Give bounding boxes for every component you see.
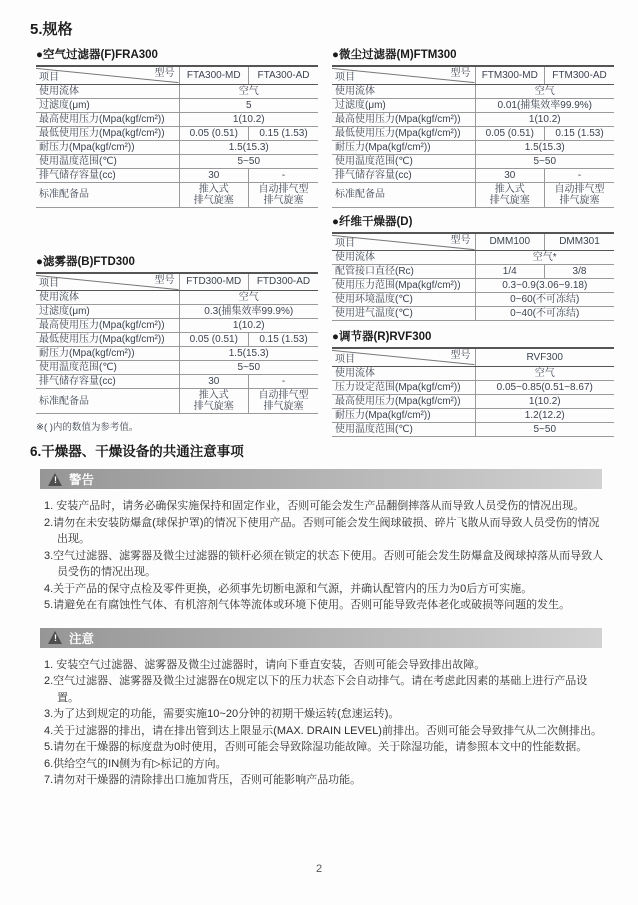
spec-label: 排气储存容量(cc) — [332, 168, 475, 182]
table-title: ●空气过滤器(F)FRA300 — [36, 46, 318, 62]
table-header-row: 项目 型号 RVF300 — [332, 348, 614, 366]
spec-value: 5~50 — [179, 361, 318, 375]
spec-label: 过滤度(μm) — [36, 305, 179, 319]
spec-label: 使用流体 — [36, 84, 179, 98]
table-row: 最高使用压力(Mpa(kgf/cm²))1(10.2) — [36, 112, 318, 126]
spec-label: 耐压力(Mpa(kgf/cm²)) — [332, 408, 475, 422]
table-title: ●纤维干燥器(D) — [332, 213, 614, 229]
spec-label: 使用温度范围(℃) — [332, 154, 475, 168]
column-header: FTD300-MD — [179, 273, 249, 291]
spec-label: 配管接口直径(Rc) — [332, 265, 475, 279]
spec-value: 推入式 排气旋塞 — [475, 182, 545, 207]
table-footnote: ※( )内的数值为参考值。 — [36, 419, 318, 433]
table-row: 使用温度范围(℃)5~50 — [36, 361, 318, 375]
spec-label: 压力设定范围(Mpa(kgf/cm²)) — [332, 380, 475, 394]
spec-label: 使用流体 — [332, 84, 475, 98]
spec-value: 推入式 排气旋塞 — [179, 182, 249, 207]
section-6: 6.干燥器、干燥设备的共通注意事项 ! 警告 1. 安装产品时，请务必确保实施保… — [30, 440, 612, 789]
spec-label: 使用流体 — [332, 366, 475, 380]
spec-value: 1(10.2) — [475, 394, 614, 408]
spec-label: 使用流体 — [36, 291, 179, 305]
table-title: ●微尘过滤器(M)FTM300 — [332, 46, 614, 62]
spec-label: 排气储存容量(cc) — [36, 168, 179, 182]
spec-label: 最低使用压力(Mpa(kgf/cm²)) — [332, 126, 475, 140]
spec-value: 自动排气型 排气旋塞 — [249, 389, 319, 414]
spec-value: 0.05 (0.51) — [179, 333, 249, 347]
spec-value: - — [249, 168, 319, 182]
table-block-dmm: ●纤维干燥器(D) 项目 型号 DMM100 DMM301 使用流体空气* 配管… — [332, 213, 614, 322]
spec-label: 最低使用压力(Mpa(kgf/cm²)) — [36, 126, 179, 140]
caution-item: 5.请勿在干燥器的标度盘为0时使用，否则可能会导致除湿功能故障。关于除湿功能，请… — [44, 739, 604, 756]
spec-value: - — [545, 168, 615, 182]
spec-value: 空气 — [179, 291, 318, 305]
table-row: 使用流体空气 — [332, 366, 614, 380]
table-row: 使用进气温度(℃)0~40(不可冻结) — [332, 307, 614, 321]
spec-table-rvf300: 项目 型号 RVF300 使用流体空气 压力设定范围(Mpa(kgf/cm²))… — [332, 347, 614, 437]
spec-value: 推入式 排气旋塞 — [179, 389, 249, 414]
spec-value: 30 — [179, 168, 249, 182]
table-row: 使用流体空气 — [332, 84, 614, 98]
spec-value: 0.3~0.9(3.06~9.18) — [475, 279, 614, 293]
table-row: 过滤度(μm)5 — [36, 98, 318, 112]
table-header-row: 项目 型号 FTA300-MD FTA300-AD — [36, 66, 318, 84]
spec-label: 使用环境温度(℃) — [332, 293, 475, 307]
spec-value: 1.5(15.3) — [475, 140, 614, 154]
spec-value: 1/4 — [475, 265, 545, 279]
warning-triangle-icon: ! — [48, 473, 63, 486]
table-row: 使用流体空气 — [36, 84, 318, 98]
document-page: 5.规格 ●空气过滤器(F)FRA300 项目 型号 FTA300-MD FTA… — [0, 0, 638, 905]
spec-label: 最高使用压力(Mpa(kgf/cm²)) — [36, 112, 179, 126]
caution-header-bar: ! 注意 — [40, 628, 602, 648]
table-row: 使用温度范围(℃)5~50 — [332, 422, 614, 436]
corner-item-label: 项目 — [335, 72, 355, 83]
corner-cell: 项目 型号 — [36, 66, 179, 84]
spec-value: 1(10.2) — [475, 112, 614, 126]
spec-label: 最高使用压力(Mpa(kgf/cm²)) — [332, 112, 475, 126]
spec-value: - — [249, 375, 319, 389]
spec-value: 1.5(15.3) — [179, 347, 318, 361]
table-row: 最低使用压力(Mpa(kgf/cm²))0.05 (0.51)0.15 (1.5… — [36, 333, 318, 347]
column-header: FTA300-AD — [249, 66, 319, 84]
warning-item: 5.请避免在有腐蚀性气体、有机溶剂气体等流体或环境下使用。否则可能导致壳体老化或… — [44, 597, 604, 614]
column-header: DMM301 — [545, 233, 615, 251]
page-title: 5.规格 — [30, 18, 73, 39]
table-row: 排气储存容量(cc)30- — [332, 168, 614, 182]
spec-value: 5 — [179, 98, 318, 112]
spec-value: 30 — [475, 168, 545, 182]
caution-triangle-icon: ! — [48, 631, 63, 644]
table-block-rvf300: ●调节器(R)RVF300 项目 型号 RVF300 使用流体空气 压力设定范围… — [332, 328, 614, 437]
spec-value: 3/8 — [545, 265, 615, 279]
warning-label: 警告 — [69, 470, 94, 488]
warning-list: 1. 安装产品时，请务必确保实施保持和固定作业，否则可能会发生产品翻倒摔落从而导… — [44, 498, 604, 614]
caution-item: 6.供给空气的IN侧为有▷标记的方向。 — [44, 756, 604, 773]
spec-value: 自动排气型 排气旋塞 — [249, 182, 319, 207]
column-header: FTM300-AD — [545, 66, 615, 84]
spec-label: 使用压力范围(Mpa(kgf/cm²)) — [332, 279, 475, 293]
table-row: 过滤度(μm)0.01(捕集效率99.9%) — [332, 98, 614, 112]
table-title: ●滤雾器(B)FTD300 — [36, 253, 318, 269]
column-header: RVF300 — [475, 348, 614, 366]
table-row: 耐压力(Mpa(kgf/cm²))1.5(15.3) — [332, 140, 614, 154]
spec-label: 使用温度范围(℃) — [36, 154, 179, 168]
table-header-row: 项目 型号 DMM100 DMM301 — [332, 233, 614, 251]
spec-value: 0.3(捕集效率99.9%) — [179, 305, 318, 319]
table-row: 使用温度范围(℃)5~50 — [332, 154, 614, 168]
table-row: 耐压力(Mpa(kgf/cm²))1.5(15.3) — [36, 140, 318, 154]
spec-value: 1(10.2) — [179, 319, 318, 333]
column-header: FTD300-AD — [249, 273, 319, 291]
table-row: 耐压力(Mpa(kgf/cm²))1.2(12.2) — [332, 408, 614, 422]
spec-label: 最高使用压力(Mpa(kgf/cm²)) — [332, 394, 475, 408]
spec-label: 使用温度范围(℃) — [332, 422, 475, 436]
table-row: 压力设定范围(Mpa(kgf/cm²))0.05~0.85(0.51~8.67) — [332, 380, 614, 394]
caution-item: 3.为了达到规定的功能，需要实施10~20分钟的初期干燥运转(怠速运转)。 — [44, 706, 604, 723]
corner-cell: 项目 型号 — [332, 348, 475, 366]
table-block-fra300: ●空气过滤器(F)FRA300 项目 型号 FTA300-MD FTA300-A… — [36, 46, 318, 208]
table-row: 最高使用压力(Mpa(kgf/cm²))1(10.2) — [332, 112, 614, 126]
spec-label: 标准配备品 — [332, 182, 475, 207]
spec-label: 使用流体 — [332, 251, 475, 265]
corner-model-label: 型号 — [451, 68, 471, 79]
spec-value: 空气 — [179, 84, 318, 98]
warning-item: 1. 安装产品时，请务必确保实施保持和固定作业，否则可能会发生产品翻倒摔落从而导… — [44, 498, 604, 515]
caution-item: 2.空气过滤器、滤雾器及微尘过滤器在0规定以下的压力状态下会自动排气。请在考虑此… — [44, 673, 604, 706]
spec-value: 1.2(12.2) — [475, 408, 614, 422]
spec-value: 0.15 (1.53) — [249, 126, 319, 140]
spec-label: 耐压力(Mpa(kgf/cm²)) — [36, 140, 179, 154]
corner-item-label: 项目 — [39, 278, 59, 289]
table-row: 最高使用压力(Mpa(kgf/cm²))1(10.2) — [36, 319, 318, 333]
corner-cell: 项目 型号 — [332, 233, 475, 251]
spec-label: 使用温度范围(℃) — [36, 361, 179, 375]
warning-header-bar: ! 警告 — [40, 469, 602, 489]
spec-value: 0.05 (0.51) — [475, 126, 545, 140]
spec-table-fra300: 项目 型号 FTA300-MD FTA300-AD 使用流体空气 过滤度(μm)… — [36, 65, 318, 208]
spec-value: 空气 — [475, 366, 614, 380]
table-row: 使用流体空气 — [36, 291, 318, 305]
table-header-row: 项目 型号 FTD300-MD FTD300-AD — [36, 273, 318, 291]
spec-label: 耐压力(Mpa(kgf/cm²)) — [332, 140, 475, 154]
spec-label: 标准配备品 — [36, 182, 179, 207]
spec-label: 最低使用压力(Mpa(kgf/cm²)) — [36, 333, 179, 347]
table-block-ftd300: ●滤雾器(B)FTD300 项目 型号 FTD300-MD FTD300-AD … — [36, 253, 318, 434]
spec-value: 5~50 — [179, 154, 318, 168]
spec-value: 0.01(捕集效率99.9%) — [475, 98, 614, 112]
warning-item: 4.关于产品的保守点检及零件更换，必须事先切断电源和气源，并确认配管内的压力为0… — [44, 581, 604, 598]
spec-label: 过滤度(μm) — [36, 98, 179, 112]
table-row: 耐压力(Mpa(kgf/cm²))1.5(15.3) — [36, 347, 318, 361]
caution-label: 注意 — [69, 629, 94, 647]
corner-item-label: 项目 — [39, 72, 59, 83]
table-block-ftm300: ●微尘过滤器(M)FTM300 项目 型号 FTM300-MD FTM300-A… — [332, 46, 614, 208]
spec-value: 空气* — [475, 251, 614, 265]
corner-cell: 项目 型号 — [332, 66, 475, 84]
table-row: 使用压力范围(Mpa(kgf/cm²))0.3~0.9(3.06~9.18) — [332, 279, 614, 293]
spec-value: 自动排气型 排气旋塞 — [545, 182, 615, 207]
spec-value: 0.15 (1.53) — [545, 126, 615, 140]
table-row: 过滤度(μm)0.3(捕集效率99.9%) — [36, 305, 318, 319]
spec-value: 0.15 (1.53) — [249, 333, 319, 347]
corner-model-label: 型号 — [451, 350, 471, 361]
left-column: ●空气过滤器(F)FRA300 项目 型号 FTA300-MD FTA300-A… — [36, 46, 318, 433]
table-row: 最低使用压力(Mpa(kgf/cm²))0.05 (0.51)0.15 (1.5… — [332, 126, 614, 140]
spec-table-ftm300: 项目 型号 FTM300-MD FTM300-AD 使用流体空气 过滤度(μm)… — [332, 65, 614, 208]
column-header: FTA300-MD — [179, 66, 249, 84]
corner-model-label: 型号 — [451, 235, 471, 246]
column-header: FTM300-MD — [475, 66, 545, 84]
spec-value: 0.05 (0.51) — [179, 126, 249, 140]
corner-model-label: 型号 — [155, 275, 175, 286]
table-row: 标准配备品推入式 排气旋塞自动排气型 排气旋塞 — [36, 389, 318, 414]
table-header-row: 项目 型号 FTM300-MD FTM300-AD — [332, 66, 614, 84]
table-row: 使用环境温度(℃)0~60(不可冻结) — [332, 293, 614, 307]
caution-list: 1. 安装空气过滤器、滤雾器及微尘过滤器时，请向下垂直安装，否则可能会导致排出故… — [44, 657, 604, 789]
spec-label: 耐压力(Mpa(kgf/cm²)) — [36, 347, 179, 361]
column-header: DMM100 — [475, 233, 545, 251]
table-row: 标准配备品推入式 排气旋塞自动排气型 排气旋塞 — [332, 182, 614, 207]
spec-table-dmm: 项目 型号 DMM100 DMM301 使用流体空气* 配管接口直径(Rc)1/… — [332, 232, 614, 322]
spec-value: 空气 — [475, 84, 614, 98]
warning-item: 3.空气过滤器、滤雾器及微尘过滤器的锁杆必须在锁定的状态下使用。否则可能会发生防… — [44, 548, 604, 581]
spec-label: 使用进气温度(℃) — [332, 307, 475, 321]
spec-value: 0~40(不可冻结) — [475, 307, 614, 321]
warning-item: 2.请勿在未安装防爆盒(球保护罩)的情况下使用产品。否则可能会发生阀球破损、碎片… — [44, 515, 604, 548]
spec-label: 最高使用压力(Mpa(kgf/cm²)) — [36, 319, 179, 333]
caution-item: 7.请勿对干燥器的清除排出口施加背压，否则可能影响产品功能。 — [44, 772, 604, 789]
table-row: 最高使用压力(Mpa(kgf/cm²))1(10.2) — [332, 394, 614, 408]
table-row: 使用流体空气* — [332, 251, 614, 265]
spec-value: 1(10.2) — [179, 112, 318, 126]
corner-item-label: 项目 — [335, 238, 355, 249]
caution-item: 1. 安装空气过滤器、滤雾器及微尘过滤器时，请向下垂直安装，否则可能会导致排出故… — [44, 657, 604, 674]
table-row: 标准配备品推入式 排气旋塞自动排气型 排气旋塞 — [36, 182, 318, 207]
spec-value: 5~50 — [475, 154, 614, 168]
section-6-title: 6.干燥器、干燥设备的共通注意事项 — [30, 440, 612, 460]
spec-label: 标准配备品 — [36, 389, 179, 414]
right-column: ●微尘过滤器(M)FTM300 项目 型号 FTM300-MD FTM300-A… — [332, 46, 614, 437]
spec-value: 1.5(15.3) — [179, 140, 318, 154]
spec-value: 0.05~0.85(0.51~8.67) — [475, 380, 614, 394]
corner-model-label: 型号 — [155, 68, 175, 79]
corner-item-label: 项目 — [335, 354, 355, 365]
spec-value: 0~60(不可冻结) — [475, 293, 614, 307]
table-row: 排气储存容量(cc)30- — [36, 375, 318, 389]
corner-cell: 项目 型号 — [36, 273, 179, 291]
table-row: 配管接口直径(Rc)1/43/8 — [332, 265, 614, 279]
caution-item: 4.关于过滤器的排出，请在排出管到达上限显示(MAX. DRAIN LEVEL)… — [44, 723, 604, 740]
spec-label: 过滤度(μm) — [332, 98, 475, 112]
spec-value: 30 — [179, 375, 249, 389]
page-number: 2 — [0, 863, 638, 875]
table-title: ●调节器(R)RVF300 — [332, 328, 614, 344]
table-row: 使用温度范围(℃)5~50 — [36, 154, 318, 168]
spec-value: 5~50 — [475, 422, 614, 436]
table-row: 最低使用压力(Mpa(kgf/cm²))0.05 (0.51)0.15 (1.5… — [36, 126, 318, 140]
table-row: 排气储存容量(cc)30- — [36, 168, 318, 182]
spec-label: 排气储存容量(cc) — [36, 375, 179, 389]
spec-table-ftd300: 项目 型号 FTD300-MD FTD300-AD 使用流体空气 过滤度(μm)… — [36, 272, 318, 415]
